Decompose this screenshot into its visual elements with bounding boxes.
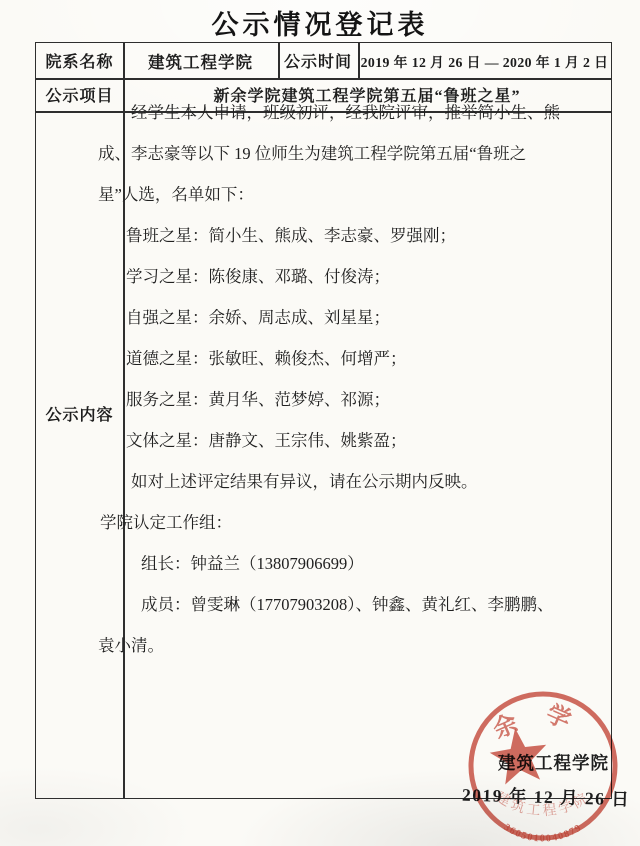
scanned-document-page: 公示情况登记表 院系名称 建筑工程学院 公示时间 2019 年 12 月 26 … (0, 0, 640, 846)
objection-note: 如对上述评定结果有异议，请在公示期内反映。 (98, 461, 566, 502)
award-line-study: 学习之星：陈俊康、邓璐、付俊涛； (98, 256, 566, 297)
seal-ring (471, 694, 615, 838)
seal-serial-number: 3605010040879 (502, 822, 584, 845)
seal-inner-text: 建筑工程学院 (493, 788, 593, 819)
award-line-luban: 鲁班之星：简小生、熊成、李志豪、罗强刚； (98, 215, 566, 256)
award-line-sports: 文体之星：唐静文、王宗伟、姚紫盈； (98, 420, 566, 461)
workgroup-title: 学院认定工作组： (98, 502, 566, 543)
award-line-service: 服务之星：黄月华、范梦婷、祁源； (98, 379, 566, 420)
workgroup-leader: 组长：钟益兰（13807906699） (98, 543, 566, 584)
seal-inner-textpath: 建筑工程学院 (493, 788, 593, 819)
page-title: 公示情况登记表 (0, 3, 640, 42)
official-seal: 新余学院 建筑工程学院 3605010040879 (447, 686, 640, 846)
award-line-selfimprovement: 自强之星：余娇、周志成、刘星星； (98, 297, 566, 338)
workgroup-members: 成员：曾雯琳（17707903208）、钟鑫、黄礼红、李鹏鹏、袁小清。 (98, 584, 566, 666)
seal-serial-textpath: 3605010040879 (502, 822, 584, 845)
content-intro-paragraph: 经学生本人申请，班级初评，经我院评审，推举简小生、熊成、李志豪等以下 19 位师… (98, 92, 566, 215)
notice-content-body: 经学生本人申请，班级初评，经我院评审，推举简小生、熊成、李志豪等以下 19 位师… (88, 68, 574, 756)
award-line-morality: 道德之星：张敏旺、赖俊杰、何增严； (98, 338, 566, 379)
